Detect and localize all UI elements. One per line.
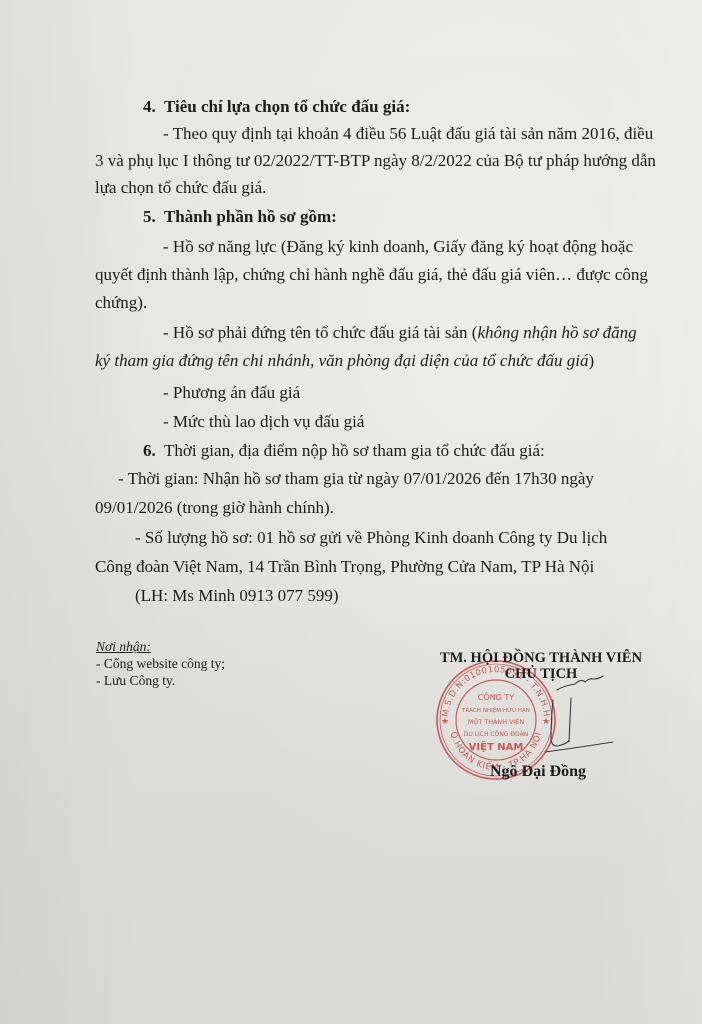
section-5-item-1-line-1: - Hồ sơ năng lực (Đăng ký kinh doanh, Gi… bbox=[163, 236, 633, 258]
recipients-title: Nơi nhận: bbox=[96, 638, 225, 655]
section-6-quantity-line-2: Công đoàn Việt Nam, 14 Trần Bình Trọng, … bbox=[95, 556, 594, 578]
signer-name: Ngô Đại Đồng bbox=[490, 763, 586, 781]
section-4-para-line-2: 3 và phụ lục I thông tư 02/2022/TT-BTP n… bbox=[95, 150, 656, 172]
section-6-quantity-line-1: - Số lượng hồ sơ: 01 hồ sơ gửi về Phòng … bbox=[135, 527, 607, 549]
section-5-item-4: - Mức thù lao dịch vụ đấu giá bbox=[163, 411, 364, 433]
stamp-line-1: CÔNG TY bbox=[478, 691, 514, 702]
signature-block: TM. HỘI ĐỒNG THÀNH VIÊN CHỦ TỊCH bbox=[436, 650, 646, 682]
stamp-star-right: ★ bbox=[542, 717, 550, 727]
section-5-heading: 5. Thành phần hồ sơ gồm: bbox=[143, 206, 337, 228]
section-6-contact: (LH: Ms Minh 0913 077 599) bbox=[135, 585, 339, 607]
section-5-item-2-close-paren: ) bbox=[589, 351, 595, 370]
section-4-para-line-3: lựa chọn tổ chức đấu giá. bbox=[95, 177, 266, 199]
section-5-item-3: - Phương án đấu giá bbox=[163, 382, 300, 404]
stamp-star-left: ★ bbox=[441, 717, 449, 727]
handwritten-signature bbox=[515, 670, 625, 760]
section-5-item-2-text: - Hồ sơ phải đứng tên tổ chức đấu giá tà… bbox=[163, 323, 477, 342]
stamp-line-4: DU LỊCH CÔNG ĐOÀN bbox=[464, 731, 528, 738]
section-5-title: Thành phần hồ sơ gồm: bbox=[164, 207, 337, 226]
section-5-item-2-line-2: ký tham gia đứng tên chi nhánh, văn phòn… bbox=[95, 350, 594, 372]
section-5-item-2-italic-continued: ký tham gia đứng tên chi nhánh, văn phòn… bbox=[95, 351, 589, 370]
recipients-block: Nơi nhận: - Cổng website công ty; - Lưu … bbox=[96, 638, 225, 689]
section-5-item-1-line-3: chứng). bbox=[95, 292, 147, 314]
section-6-time-line-2: 09/01/2026 (trong giờ hành chính). bbox=[95, 497, 334, 519]
section-5-item-2-line-1: - Hồ sơ phải đứng tên tổ chức đấu giá tà… bbox=[163, 322, 637, 344]
section-5-number: 5. bbox=[143, 207, 156, 226]
section-4-number: 4. bbox=[143, 97, 156, 116]
section-4-para-line-1: - Theo quy định tại khoản 4 điều 56 Luật… bbox=[163, 123, 653, 145]
section-5-item-1-line-2: quyết định thành lập, chứng chỉ hành ngh… bbox=[95, 264, 648, 286]
signature-title-2: CHỦ TỊCH bbox=[436, 666, 646, 682]
stamp-line-2: TRÁCH NHIỆM HỮU HẠN bbox=[461, 706, 530, 714]
section-6-title: Thời gian, địa điểm nộp hồ sơ tham gia t… bbox=[164, 441, 545, 460]
signature-title-1: TM. HỘI ĐỒNG THÀNH VIÊN bbox=[436, 650, 646, 666]
section-4-title: Tiêu chí lựa chọn tổ chức đấu giá: bbox=[164, 97, 410, 116]
section-6-time-line-1: - Thời gian: Nhận hồ sơ tham gia từ ngày… bbox=[118, 468, 594, 490]
section-4-heading: 4. Tiêu chí lựa chọn tổ chức đấu giá: bbox=[143, 96, 410, 118]
stamp-line-3: MỘT THÀNH VIÊN bbox=[468, 717, 524, 726]
section-5-item-2-italic-text: không nhận hồ sơ đăng bbox=[477, 323, 636, 342]
section-6-number: 6. bbox=[143, 441, 156, 460]
section-6-heading: 6. Thời gian, địa điểm nộp hồ sơ tham gi… bbox=[143, 440, 545, 462]
recipient-item: - Lưu Công ty. bbox=[96, 672, 225, 689]
recipient-item: - Cổng website công ty; bbox=[96, 655, 225, 672]
stamp-line-5: VIỆT NAM bbox=[469, 740, 524, 753]
